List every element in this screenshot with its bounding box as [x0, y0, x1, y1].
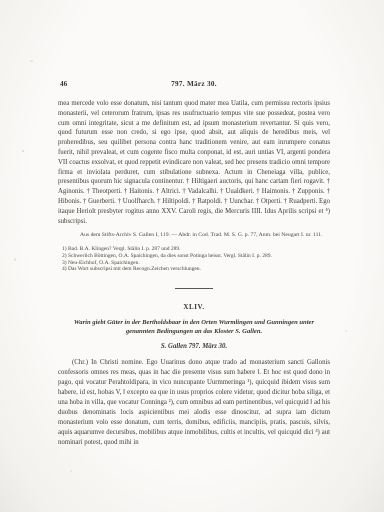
scan-speck	[70, 470, 72, 472]
footnote-4: 4) Das Wort subscripsi mit dem Recogn.Ze…	[62, 266, 330, 273]
charter-body-text: (Chr.) In Christi nomine. Ego Uuarinus d…	[58, 358, 330, 448]
charter-number-heading: XLIV.	[58, 303, 330, 311]
footnote-3: 3) Neu-Eichhof, O.A. Spaichingen.	[62, 260, 330, 267]
charter-dateline: S. Gallen 797. März 30.	[58, 343, 330, 350]
charter-regest-title: Warin giebt Güter in der Bertholdsbaar i…	[65, 318, 323, 336]
archive-source-note: Aus dem Stifts-Archiv S. Gallen I, 119. …	[58, 232, 330, 239]
scan-speck	[22, 150, 24, 152]
charter-continuation-text: mea mercede volo esse donatum, nisi tant…	[58, 99, 330, 226]
running-header-date: 797. März 30.	[58, 80, 330, 88]
scan-speck	[30, 60, 33, 62]
section-divider	[175, 288, 213, 289]
footnote-1: 1) Bad. B.A. Klingen? Vergl. Stälin I. p…	[62, 246, 330, 253]
scan-speck	[14, 258, 16, 261]
scanned-book-page: 46 797. März 30. mea mercede volo esse d…	[0, 0, 384, 512]
page-number: 46	[60, 80, 67, 88]
footnote-block: 1) Bad. B.A. Klingen? Vergl. Stälin I. p…	[58, 246, 330, 273]
page-header: 46 797. März 30.	[58, 80, 330, 92]
footnote-2: 2) Schwerlich Böttingen, O.A. Spaichinge…	[62, 253, 330, 260]
scan-speck	[345, 330, 347, 332]
text-block: 46 797. März 30. mea mercede volo esse d…	[58, 80, 330, 455]
